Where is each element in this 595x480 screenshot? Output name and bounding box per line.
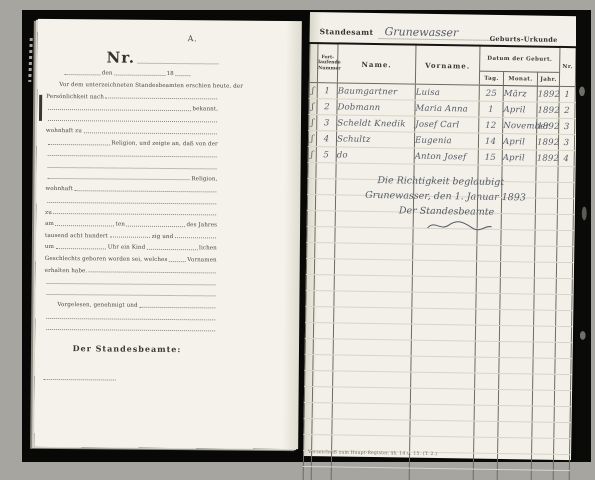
empty-cell: [313, 371, 333, 387]
form-text: des Jahres: [186, 222, 217, 228]
empty-cell: [307, 226, 315, 242]
empty-cell: [477, 245, 501, 261]
empty-cell: [335, 243, 413, 260]
empty-cell: [314, 307, 334, 323]
empty-cell: [473, 469, 497, 480]
empty-cell: [531, 454, 553, 470]
handwritten-text: 1892: [538, 89, 561, 99]
handwritten-text: 3: [564, 138, 570, 148]
scan-backdrop: A. Nr. den18Vor dem unterzeichneten Stan…: [22, 10, 591, 462]
blank-line: [126, 225, 185, 227]
empty-cell: [474, 389, 498, 405]
handwritten-text: März: [504, 89, 527, 99]
day-column-header: Tag.: [479, 71, 503, 85]
form-line: erhalten habe.: [45, 262, 217, 275]
blank-line: [175, 75, 190, 76]
registrar-closing-note: Die Richtigkeit beglaubigt Grunewasser, …: [365, 173, 566, 235]
blank-line: [47, 144, 109, 146]
empty-cell: [412, 308, 476, 325]
cell-no: 2: [317, 99, 337, 115]
handwritten-text: Scheldt Knedik: [337, 118, 405, 129]
handwritten-text: ʃ: [311, 102, 314, 112]
blank-line: [110, 237, 151, 238]
empty-cell: [553, 454, 569, 470]
empty-cell: [305, 322, 313, 338]
empty-cell: [332, 419, 410, 436]
empty-cell: [555, 374, 571, 390]
empty-cell: [556, 278, 572, 294]
form-line: [44, 320, 216, 333]
cell-nr: 2: [559, 102, 575, 118]
name-column-header: Name.: [337, 43, 416, 84]
empty-cell: [306, 258, 314, 274]
form-text: wohnhaft zu: [46, 128, 82, 134]
cell-jahr: 1892: [537, 102, 559, 118]
empty-cell: [306, 306, 314, 322]
handwritten-text: 1892: [537, 153, 560, 163]
empty-cell: [498, 406, 532, 423]
handwritten-text: 2: [324, 102, 330, 112]
empty-cell: [410, 388, 474, 405]
handwritten-text: ʃ: [312, 86, 315, 96]
handwritten-text: 15: [485, 152, 496, 162]
handwritten-text: 1: [488, 104, 494, 114]
cell-tag: 15: [478, 149, 502, 165]
header-text: Nummer: [318, 66, 337, 72]
form-line: Persönlichkeit nach: [46, 88, 218, 101]
empty-cell: [476, 293, 500, 309]
note-line: Grunewasser, den 1. Januar 1893: [365, 188, 565, 206]
empty-cell: [316, 179, 336, 195]
empty-cell: [498, 438, 532, 455]
blank-line: [64, 74, 100, 75]
form-line: Vor dem unterzeichneten Standesbeamten e…: [46, 77, 218, 90]
empty-cell: [315, 243, 335, 259]
form-text: Vornamen: [187, 257, 217, 263]
empty-cell: [410, 420, 474, 437]
form-line: Geschlechts geboren worden sei, welchesV…: [45, 250, 217, 263]
empty-cell: [474, 437, 498, 453]
handwritten-text: Schultz: [337, 134, 371, 145]
empty-cell: [556, 294, 572, 310]
cell-name: Dobmann: [337, 99, 415, 116]
empty-cell: [314, 291, 334, 307]
form-text: Geschlechts geboren worden sei, welches: [45, 256, 168, 263]
empty-cell: [315, 195, 335, 211]
form-line: wohnhaft: [45, 181, 217, 194]
empty-cell: [305, 370, 313, 386]
row-mark: ʃ: [309, 82, 317, 98]
empty-cell: [334, 275, 412, 292]
empty-cell: [532, 406, 554, 422]
empty-cell: [535, 246, 557, 262]
empty-cell: [412, 260, 476, 277]
handwritten-text: do: [337, 150, 348, 160]
handwritten-text: 12: [485, 120, 496, 130]
cell-no: 5: [316, 147, 336, 163]
blank-line: [55, 248, 106, 249]
handwritten-text: Anton Josef: [415, 151, 467, 162]
handwritten-text: April: [503, 137, 525, 147]
handwritten-text: 1: [324, 86, 330, 96]
row-mark: ʃ: [308, 146, 316, 162]
empty-cell: [555, 358, 571, 374]
cell-name: Schultz: [336, 131, 414, 148]
cell-vorname: Maria Anna: [415, 100, 479, 117]
left-page: A. Nr. den18Vor dem unterzeichneten Stan…: [34, 19, 302, 449]
empty-cell: [532, 438, 554, 454]
cell-monat: November: [503, 118, 537, 135]
empty-cell: [313, 355, 333, 371]
handwritten-text: Josef Carl: [415, 119, 459, 130]
empty-cell: [501, 246, 535, 263]
form-line: tausend acht hundertzig und: [45, 227, 217, 240]
handwritten-text: 4: [563, 153, 569, 163]
cell-jahr: 1892: [537, 86, 559, 102]
form-text: Vorgelesen, genehmigt und: [57, 302, 137, 309]
form-line: Vorgelesen, genehmigt und: [44, 297, 216, 310]
form-body: Nr. den18Vor dem unterzeichneten Standes…: [44, 45, 219, 381]
empty-cell: [499, 342, 533, 359]
empty-cell: [532, 422, 554, 438]
signature-flourish: [425, 219, 495, 234]
cell-nr: 3: [558, 134, 574, 150]
empty-cell: [332, 403, 410, 420]
cell-jahr: 1892: [536, 134, 558, 150]
register-header: Standesamt Grunewasser Geburts-Urkunde: [320, 19, 574, 45]
empty-cell: [555, 342, 571, 358]
empty-cell: [554, 422, 570, 438]
empty-cell: [534, 262, 556, 278]
handwritten-text: 3: [324, 118, 330, 128]
empty-cell: [333, 355, 411, 372]
handwritten-text: 1892: [537, 105, 560, 115]
empty-cell: [304, 402, 312, 418]
empty-cell: [532, 390, 554, 406]
form-text: bekannt,: [192, 106, 218, 112]
empty-cell: [334, 291, 412, 308]
empty-cell: [334, 307, 412, 324]
form-text: Religion, und zeigte an, daß von der: [111, 141, 218, 148]
cell-no: 1: [317, 83, 337, 99]
form-text: zig und: [152, 234, 174, 240]
cell-monat: April: [502, 150, 536, 167]
handwritten-text: April: [503, 153, 525, 163]
handwritten-text: ʃ: [311, 150, 314, 160]
empty-cell: [497, 454, 531, 471]
cell-tag: 12: [479, 117, 503, 133]
nr-row: Nr.: [106, 45, 218, 66]
handwritten-text: Dobmann: [337, 102, 380, 113]
empty-cell: [533, 374, 555, 390]
empty-cell: [411, 356, 475, 373]
vorname-column-header: Vorname.: [415, 45, 480, 86]
empty-cell: [533, 342, 555, 358]
empty-cell: [306, 274, 314, 290]
cell-no: 3: [317, 115, 337, 131]
empty-cell: [500, 294, 534, 311]
empty-cell: [315, 211, 335, 227]
empty-cell: [409, 468, 473, 480]
form-text: lichen: [199, 246, 217, 252]
empty-cell: [333, 323, 411, 340]
cell-tag: 1: [479, 101, 503, 117]
empty-cell: [304, 418, 312, 434]
form-text: ten: [115, 222, 125, 228]
blank-line: [175, 237, 216, 238]
empty-cell: [331, 467, 409, 480]
form-letter: A.: [188, 34, 197, 43]
handwritten-text: 4: [324, 134, 330, 144]
cell-jahr: 1892: [537, 118, 559, 134]
empty-cell: [475, 341, 499, 357]
form-text: 18: [166, 71, 173, 77]
empty-cell: [531, 470, 553, 480]
blank-line: [138, 63, 219, 65]
empty-cell: [554, 406, 570, 422]
handwritten-text: Eugenia: [415, 135, 452, 146]
empty-cell: [412, 292, 476, 309]
cell-nr: 4: [558, 150, 574, 166]
right-page: Standesamt Grunewasser Geburts-Urkunde F…: [303, 12, 578, 460]
nr-column-header: Nr.: [559, 47, 576, 87]
empty-cell: [303, 466, 311, 480]
empty-cell: [475, 373, 499, 389]
form-text: den: [102, 71, 113, 77]
empty-cell: [411, 372, 475, 389]
empty-cell: [332, 435, 410, 452]
empty-cell: [534, 278, 556, 294]
form-text: zu: [45, 210, 52, 216]
row-mark: ʃ: [309, 114, 317, 130]
handwritten-text: Maria Anna: [415, 103, 468, 114]
form-text: Religion,: [191, 176, 217, 182]
empty-cell: [307, 194, 315, 210]
handwritten-text: 25: [486, 88, 497, 98]
empty-cell: [304, 386, 312, 402]
empty-cell: [333, 371, 411, 388]
empty-cell: [475, 325, 499, 341]
blank-line: [55, 225, 114, 227]
handwritten-text: 14: [485, 136, 496, 146]
handwritten-text: Baumgartner: [338, 86, 398, 97]
empty-cell: [313, 339, 333, 355]
blank-line: [46, 329, 215, 331]
empty-cell: [533, 326, 555, 342]
officer-heading: Der Standesbeamte:: [52, 343, 202, 354]
year-column-header: Jahr.: [537, 72, 559, 86]
empty-cell: [312, 435, 332, 451]
empty-cell: [499, 374, 533, 391]
birthdate-column-header: Datum der Geburt.: [480, 46, 560, 73]
empty-cell: [556, 310, 572, 326]
standesamt-label: Standesamt: [320, 27, 374, 37]
register-table: Fort- laufende Nummer Name. Vorname. Dat…: [303, 42, 577, 480]
cell-no: 4: [316, 131, 336, 147]
empty-cell: [500, 262, 534, 279]
empty-cell: [307, 210, 315, 226]
empty-cell: [553, 470, 569, 480]
empty-cell: [499, 326, 533, 343]
empty-cell: [411, 324, 475, 341]
empty-cell: [476, 277, 500, 293]
month-column-header: Monat.: [503, 72, 537, 87]
nr-label: Nr.: [106, 50, 135, 65]
empty-cell: [308, 162, 316, 178]
empty-cell: [534, 310, 556, 326]
cell-vorname: Luisa: [415, 84, 479, 101]
empty-cell: [306, 290, 314, 306]
blank-line: [139, 307, 215, 309]
form-line: wohnhaft zu: [46, 123, 218, 136]
handwritten-text: 5: [323, 150, 329, 160]
empty-cell: [412, 276, 476, 293]
empty-cell: [554, 438, 570, 454]
form-text: am: [45, 221, 54, 227]
form-text: erhalten habe.: [45, 267, 88, 274]
empty-cell: [475, 357, 499, 373]
handwritten-text: 3: [564, 122, 570, 132]
cell-name: Baumgartner: [337, 83, 415, 100]
empty-cell: [533, 358, 555, 374]
cell-tag: 25: [479, 85, 503, 101]
empty-cell: [311, 467, 331, 480]
empty-cell: [474, 405, 498, 421]
empty-cell: [312, 387, 332, 403]
cell-nr: 3: [559, 118, 575, 134]
blank-line: [147, 249, 198, 250]
empty-cell: [410, 436, 474, 453]
blank-line: [44, 373, 116, 381]
empty-cell: [316, 163, 336, 179]
form-text: tausend acht hundert: [45, 233, 108, 240]
empty-cell: [411, 340, 475, 357]
empty-cell: [315, 227, 335, 243]
empty-cell: [498, 422, 532, 439]
empty-cell: [473, 453, 497, 469]
form-text: Uhr ein Kind: [108, 245, 146, 251]
cell-monat: März: [503, 86, 537, 103]
cell-monat: April: [502, 134, 536, 151]
empty-cell: [497, 469, 531, 480]
cell-jahr: 1892: [536, 150, 558, 166]
empty-cell: [314, 259, 334, 275]
empty-cell: [307, 242, 315, 258]
empty-cell: [500, 278, 534, 295]
row-mark: ʃ: [308, 130, 316, 146]
empty-cell: [410, 404, 474, 421]
cell-vorname: Josef Carl: [415, 116, 479, 133]
handwritten-text: 1892: [537, 137, 560, 147]
handwritten-text: April: [503, 105, 525, 115]
form-lines: den18Vor dem unterzeichneten Standesbeam…: [44, 65, 218, 333]
handwritten-text: 2: [564, 106, 570, 116]
standesamt-handwritten-value: Grunewasser: [378, 25, 493, 41]
blank-line: [114, 75, 165, 76]
empty-cell: [333, 339, 411, 356]
running-number-header: Fort- laufende Nummer: [317, 43, 338, 83]
cell-nr: 1: [559, 86, 575, 102]
empty-cell: [500, 310, 534, 327]
handwritten-text: 1: [564, 90, 570, 100]
empty-cell: [474, 421, 498, 437]
empty-cell: [305, 354, 313, 370]
empty-cell: [499, 358, 533, 375]
cell-name: Scheldt Knedik: [337, 115, 415, 132]
empty-cell: [308, 178, 316, 194]
handwritten-text: ʃ: [311, 118, 314, 128]
cell-monat: April: [503, 102, 537, 119]
empty-cell: [312, 403, 332, 419]
empty-cell: [413, 244, 477, 261]
empty-cell: [557, 246, 573, 262]
blank-line: [169, 261, 186, 262]
empty-cell: [554, 390, 570, 406]
cell-vorname: Eugenia: [414, 132, 478, 149]
cell-vorname: Anton Josef: [414, 148, 478, 165]
empty-cell: [332, 387, 410, 404]
empty-cell: [305, 338, 313, 354]
empty-cell: [312, 419, 332, 435]
document-type-label: Geburts-Urkunde: [490, 35, 558, 44]
cell-name: do: [336, 147, 414, 164]
empty-cell: [314, 275, 334, 291]
handwritten-text: Luisa: [416, 87, 440, 97]
handwritten-text: 1892: [537, 121, 560, 131]
empty-cell: [555, 326, 571, 342]
note-line: Der Standesbeamte: [399, 203, 565, 221]
form-text: wohnhaft: [45, 186, 72, 192]
form-text: Persönlichkeit nach: [46, 94, 104, 101]
empty-cell: [476, 309, 500, 325]
margin-label-mark: [28, 38, 33, 82]
empty-cell: [313, 323, 333, 339]
torn-paper-edge: [576, 10, 591, 462]
form-text: um: [45, 244, 54, 250]
empty-cell: [556, 262, 572, 278]
empty-cell: [476, 261, 500, 277]
empty-cell: [334, 259, 412, 276]
empty-cell: [534, 294, 556, 310]
empty-cell: [498, 390, 532, 407]
empty-cell: [304, 434, 312, 450]
cell-tag: 14: [478, 133, 502, 149]
handwritten-text: ʃ: [311, 134, 314, 144]
spine-text-mark: [39, 95, 42, 121]
row-mark: ʃ: [309, 98, 317, 114]
